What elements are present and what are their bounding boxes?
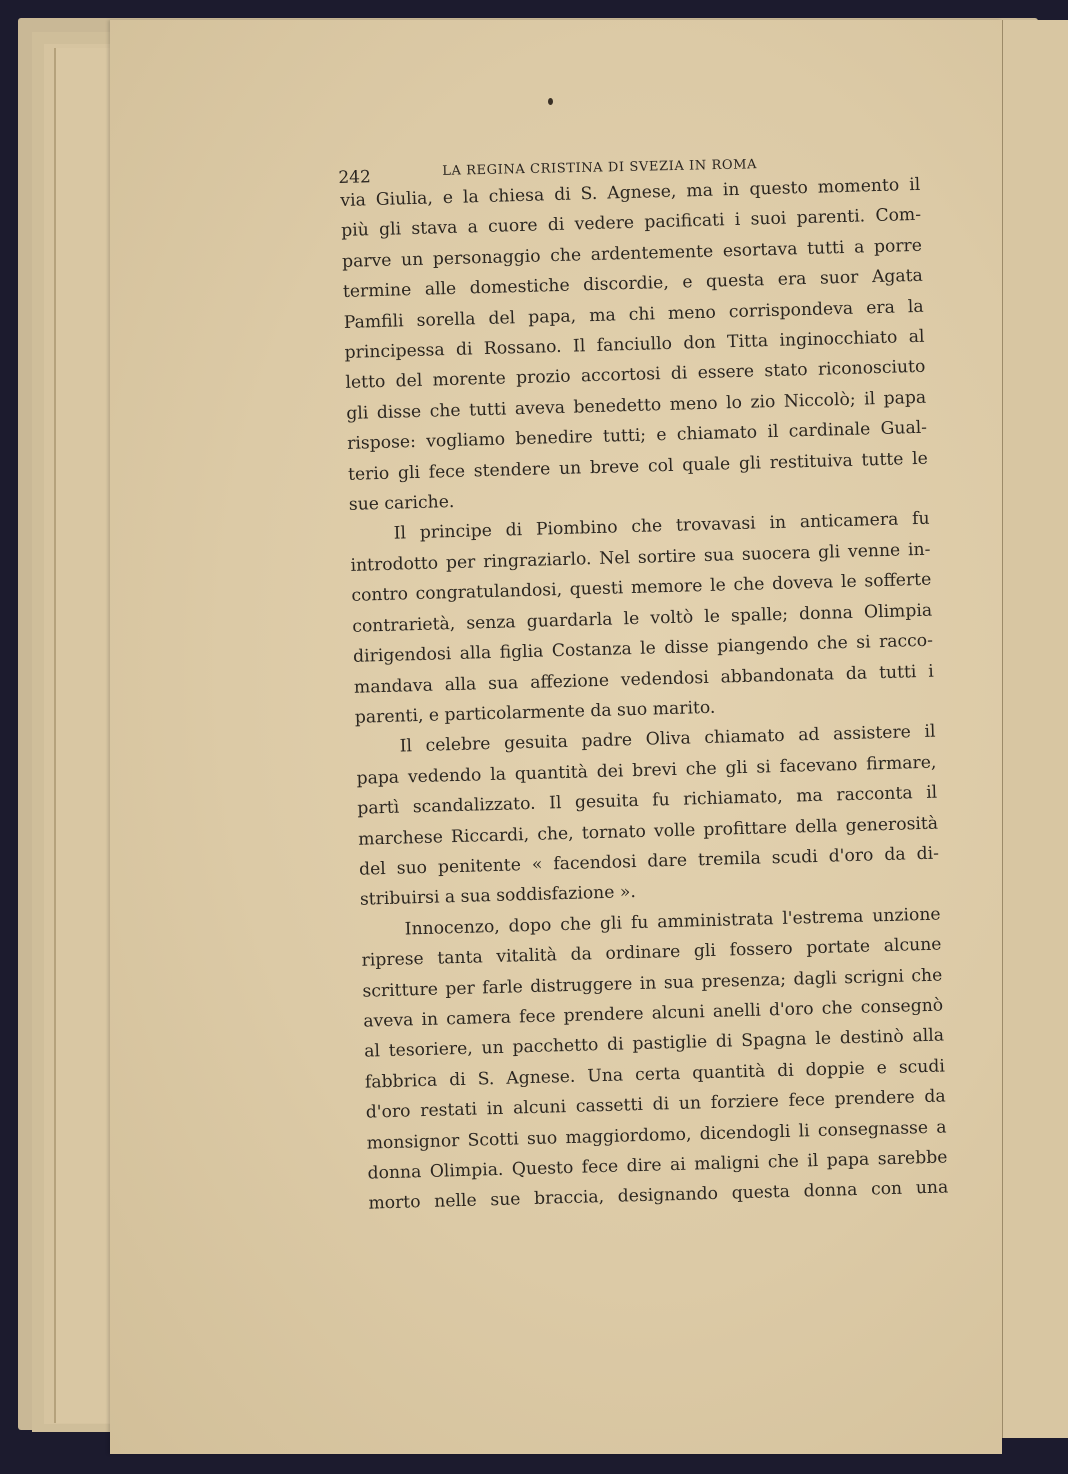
paragraph: via Giulia, e la chiesa di S. Agnese, ma… xyxy=(340,170,929,521)
paragraph: Il celebre gesuita padre Oliva chiamato … xyxy=(355,717,940,916)
body-text: via Giulia, e la chiesa di S. Agnese, ma… xyxy=(340,170,949,1220)
paragraph: Il principe di Piombino che trovavasi in… xyxy=(349,504,935,733)
ink-speck xyxy=(548,98,553,105)
paragraph: Innocenzo, dopo che gli fu amministrata … xyxy=(360,899,948,1219)
facing-page-edge xyxy=(1002,20,1068,1438)
